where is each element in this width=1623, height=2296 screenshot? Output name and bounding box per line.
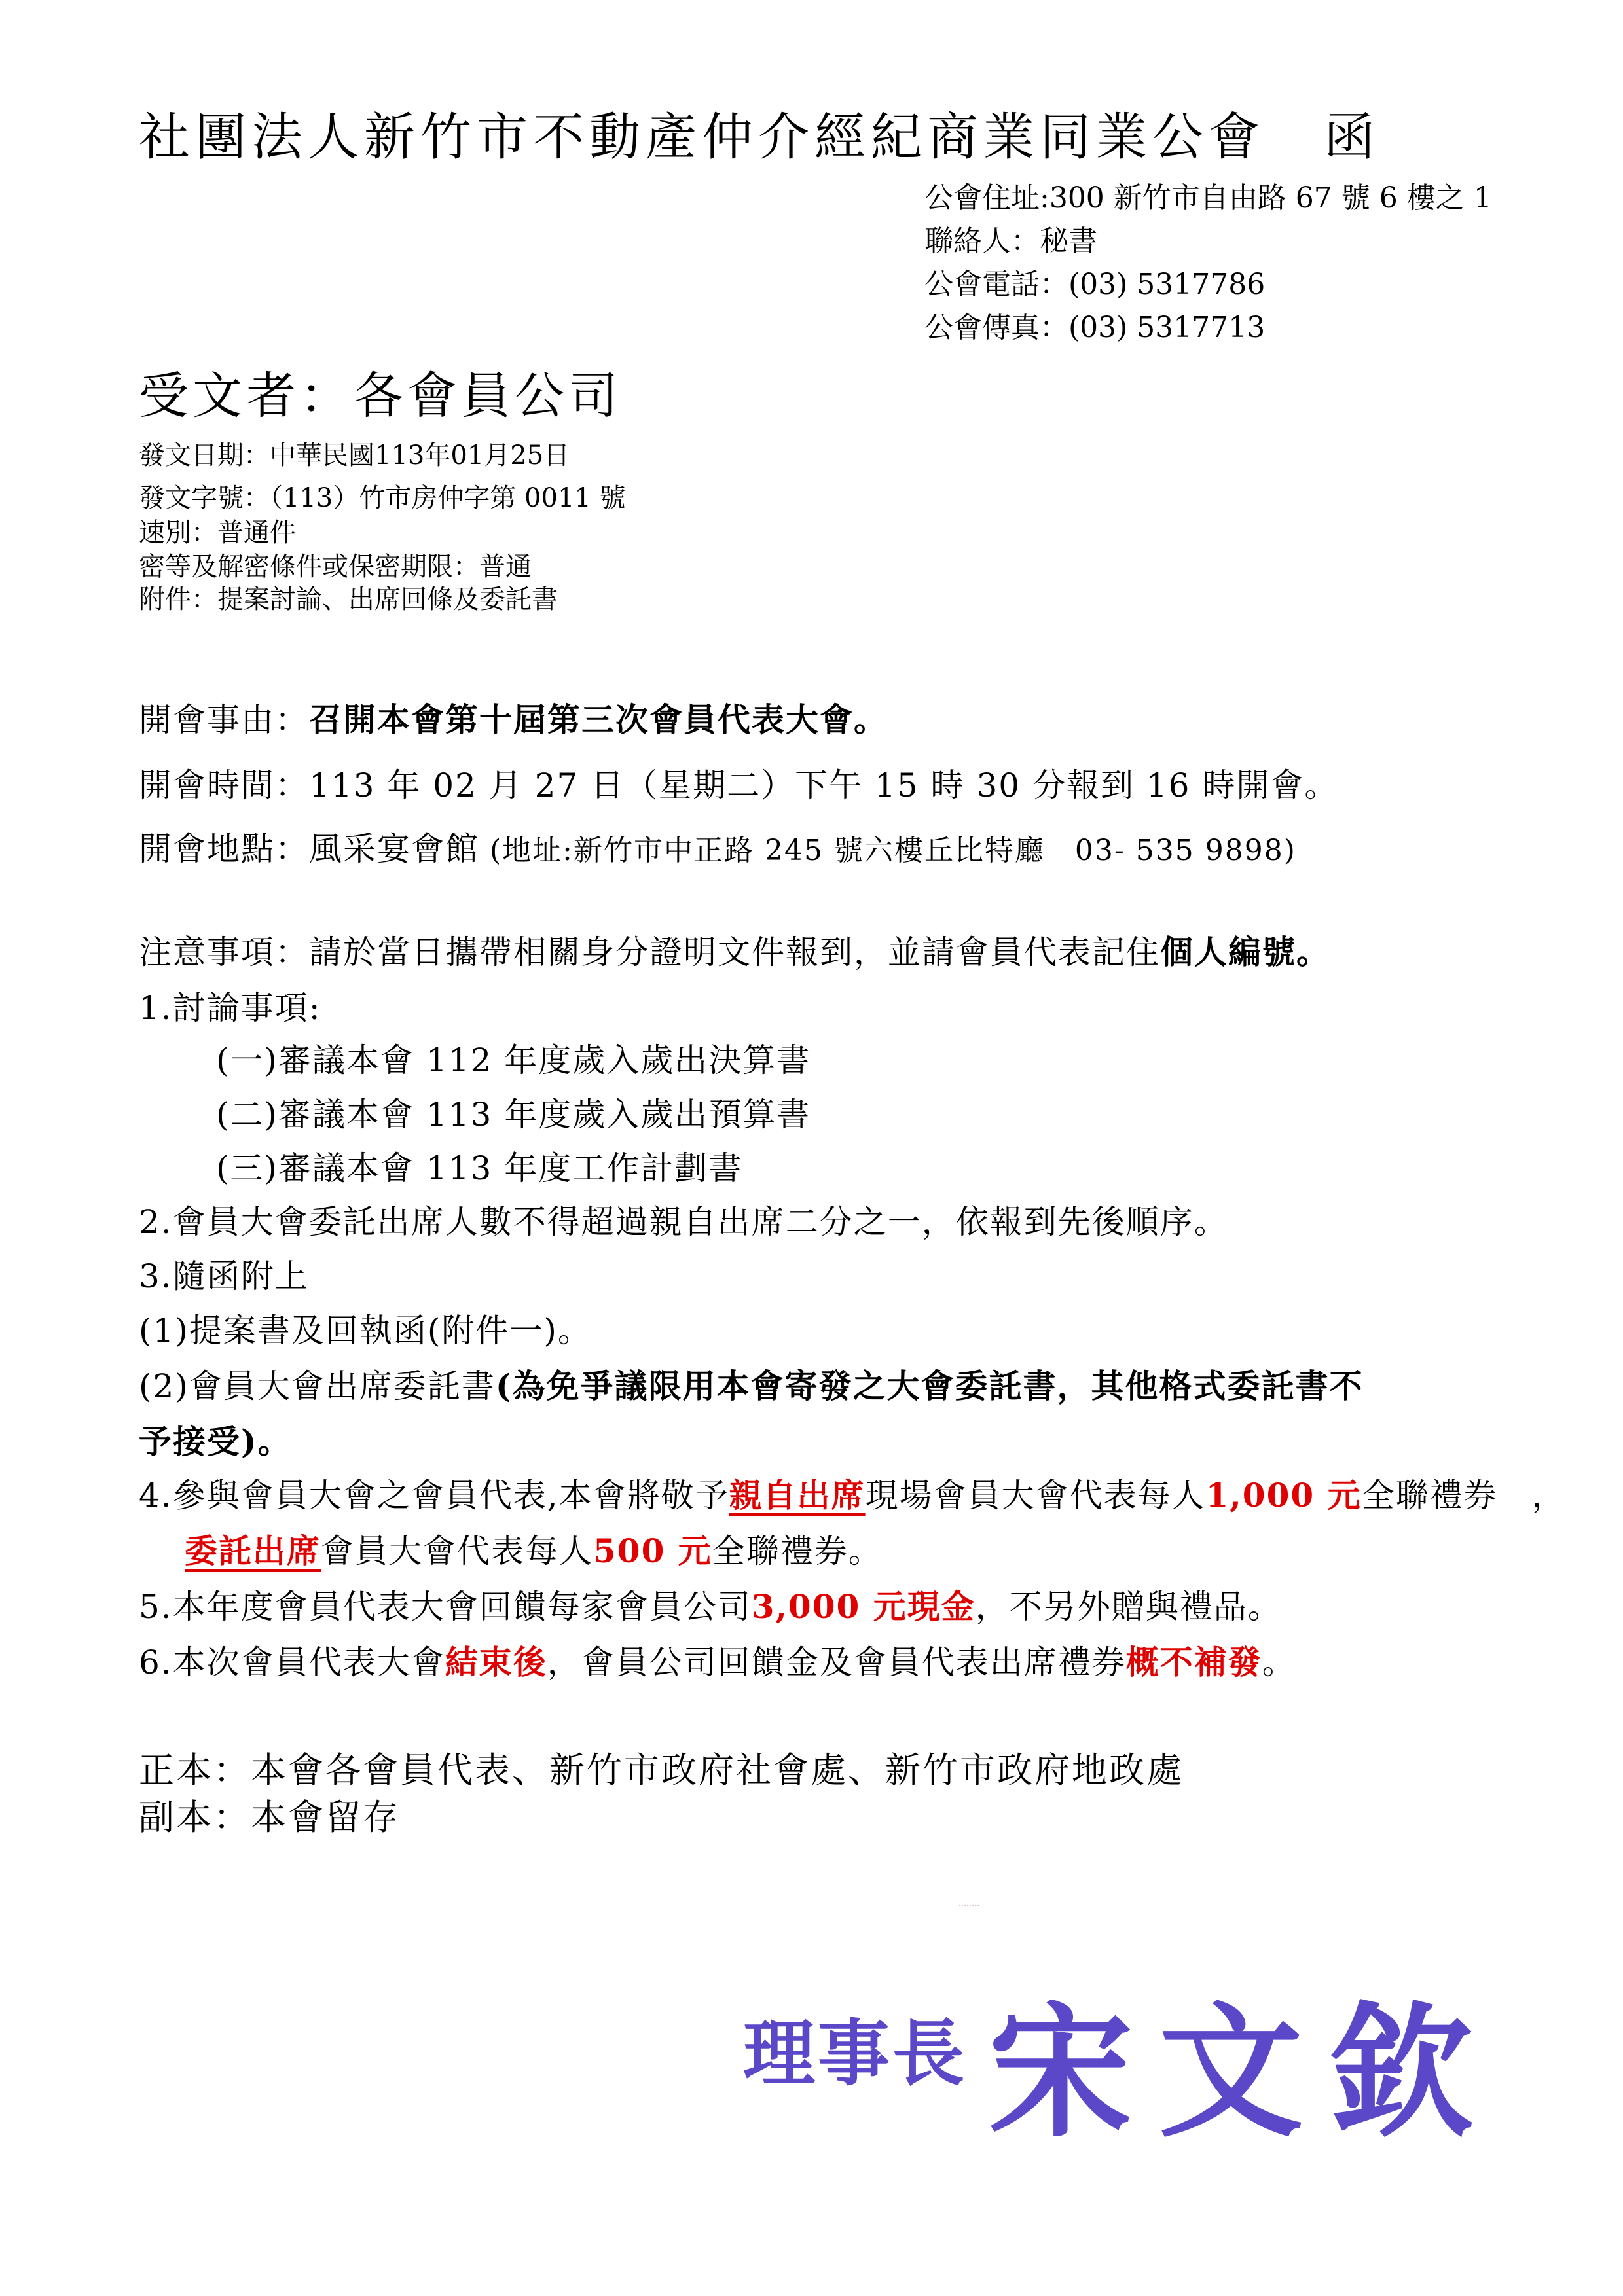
item-6-text-1: 6.本次會員代表大會 [139, 1643, 445, 1681]
recipient: 受文者：各會員公司 [139, 363, 622, 429]
item-5-text-2: ，不另外贈與禮品。 [976, 1588, 1282, 1626]
no-reissue-emphasis: 概不補發 [1126, 1643, 1262, 1681]
meeting-time: 開會時間：113 年 02 月 27 日（星期二）下午 15 時 30 分報到 … [139, 762, 1338, 808]
meeting-place-label: 開會地點： [139, 830, 309, 868]
item-4-line-2: 委託出席會員大會代表每人500 元全聯禮券。 [185, 1528, 883, 1574]
organization-name: 社團法人新竹市不動產仲介經紀商業同業公會 [139, 108, 1265, 167]
notice-emphasis: 個人編號。 [1160, 933, 1330, 971]
item-5: 5.本年度會員代表大會回饋每家會員公司3,000 元現金，不另外贈與禮品。 [139, 1584, 1282, 1630]
meeting-place: 開會地點：風采宴會館 (地址:新竹市中正路 245 號六樓丘比特廳 03- 53… [139, 826, 1296, 874]
meeting-time-label: 開會時間： [139, 766, 309, 804]
document-number: 發文字號：（113）竹市房仲字第 0011 號 [139, 481, 626, 515]
in-person-emphasis: 親自出席 [729, 1476, 866, 1515]
meeting-reason-label: 開會事由： [139, 701, 309, 739]
meeting-time-text: 113 年 02 月 27 日（星期二）下午 15 時 30 分報到 16 時開… [309, 766, 1338, 804]
item-3-sub-2-text: (2)會員大會出席委託書 [139, 1367, 496, 1405]
meeting-reason-text: 召開本會第十屆第三次會員代表大會。 [309, 700, 888, 739]
item-1-title: 1.討論事項: [139, 985, 321, 1031]
item-2: 2.會員大會委託出席人數不得超過親自出席二分之一，依報到先後順序。 [139, 1199, 1228, 1245]
attachments: 附件：提案討論、出席回條及委託書 [139, 583, 558, 617]
signature-title: 理事長 [743, 1996, 967, 2100]
contact-person: 聯絡人：秘書 [924, 220, 1097, 263]
item-3-sub-2: (2)會員大會出席委託書(為免爭議限用本會寄發之大會委託書，其他格式委託書不 [139, 1363, 1363, 1409]
notice-text: 注意事項：請於當日攜帶相關身分證明文件報到，並請會員代表記住 [139, 933, 1160, 971]
classification: 密等及解密條件或保密期限：普通 [139, 550, 532, 584]
item-1-sub-2: (二)審議本會 113 年度歲入歲出預算書 [216, 1092, 811, 1138]
speed-category: 速別：普通件 [139, 516, 296, 550]
contact-fax: 公會傳真：(03) 5317713 [924, 306, 1265, 350]
organization-title: 社團法人新竹市不動產仲介經紀商業同業公會函 [139, 105, 1380, 170]
proxy-emphasis: 委託出席 [185, 1532, 321, 1570]
item-3-sub-2-emphasis: (為免爭議限用本會寄發之大會委託書，其他格式委託書不 [496, 1367, 1364, 1405]
item-5-text-1: 5.本年度會員代表大會回饋每家會員公司 [139, 1588, 752, 1626]
meeting-venue: 風采宴會館 [309, 830, 479, 868]
signature-name: 宋文欽 [989, 1957, 1499, 2164]
original-recipients: 正本：本會各會員代表、新竹市政府社會處、新竹市政府地政處 [139, 1748, 1184, 1793]
item-4-text-4: 會員大會代表每人 [321, 1532, 593, 1570]
item-4-text-2: 現場會員大會代表每人 [866, 1477, 1206, 1515]
proxy-amount: 500 元 [593, 1532, 712, 1570]
copy-recipients: 副本：本會留存 [139, 1795, 400, 1840]
document-type: 函 [1324, 108, 1380, 167]
notice: 注意事項：請於當日攜帶相關身分證明文件報到，並請會員代表記住個人編號。 [139, 929, 1330, 975]
item-3-sub-1: (1)提案書及回執函(附件一)。 [139, 1308, 592, 1354]
item-4-text-3: 全聯禮券 ， [1362, 1477, 1566, 1515]
cash-rebate-emphasis: 3,000 元現金 [752, 1587, 976, 1626]
item-6-text-3: 。 [1262, 1643, 1296, 1681]
item-4-line-1: 4.參與會員大會之會員代表,本會將敬予親自出席現場會員大會代表每人1,000 元… [139, 1473, 1566, 1518]
scan-speck [959, 1905, 979, 1911]
meeting-reason: 開會事由：召開本會第十屆第三次會員代表大會。 [139, 697, 888, 743]
item-3-title: 3.隨函附上 [139, 1253, 309, 1299]
item-3-sub-2-cont: 予接受)。 [139, 1419, 292, 1465]
item-1-sub-1: (一)審議本會 112 年度歲入歲出決算書 [216, 1037, 811, 1083]
issue-date: 發文日期：中華民國113年01月25日 [139, 439, 570, 473]
contact-address: 公會住址:300 新竹市自由路 67 號 6 樓之 1 [924, 177, 1492, 220]
after-meeting-emphasis: 結束後 [445, 1643, 547, 1681]
item-4-text-1: 4.參與會員大會之會員代表,本會將敬予 [139, 1477, 729, 1515]
item-6-text-2: ，會員公司回饋金及會員代表出席禮券 [547, 1643, 1126, 1681]
in-person-amount: 1,000 元 [1206, 1476, 1362, 1515]
item-6: 6.本次會員代表大會結束後，會員公司回饋金及會員代表出席禮券概不補發。 [139, 1640, 1296, 1685]
item-1-sub-3: (三)審議本會 113 年度工作計劃書 [216, 1145, 742, 1191]
contact-phone: 公會電話：(03) 5317786 [924, 263, 1265, 306]
item-4-text-5: 全聯禮券。 [712, 1532, 883, 1570]
meeting-venue-address: (地址:新竹市中正路 245 號六樓丘比特廳 03- 535 9898) [479, 834, 1296, 867]
